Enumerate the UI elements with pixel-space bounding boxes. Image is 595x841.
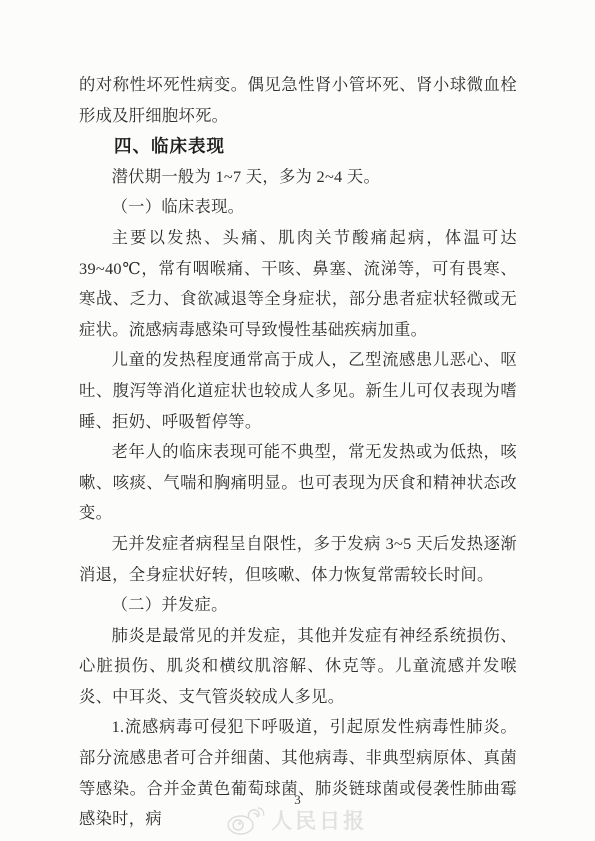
section-heading: 四、临床表现	[79, 131, 517, 162]
paragraph: 1.流感病毒可侵犯下呼吸道，引起原发性病毒性肺炎。部分流感患者可合并细菌、其他病…	[79, 712, 517, 834]
paragraph: 无并发症者病程呈自限性，多于发病 3~5 天后发热逐渐消退，全身症状好转，但咳嗽…	[79, 529, 517, 590]
document-body: 的对称性坏死性病变。偶见急性肾小管坏死、肾小球微血栓形成及肝细胞坏死。四、临床表…	[79, 70, 517, 835]
paragraph: 肺炎是最常见的并发症，其他并发症有神经系统损伤、心脏损伤、肌炎和横纹肌溶解、休克…	[79, 621, 517, 713]
paragraph: （一）临床表现。	[79, 192, 517, 223]
paragraph: 潜伏期一般为 1~7 天，多为 2~4 天。	[79, 162, 517, 193]
paragraph: 老年人的临床表现可能不典型，常无发热或为低热，咳嗽、咳痰、气喘和胸痛明显。也可表…	[79, 437, 517, 529]
document-page: 的对称性坏死性病变。偶见急性肾小管坏死、肾小球微血栓形成及肝细胞坏死。四、临床表…	[0, 0, 595, 841]
paragraph: 主要以发热、头痛、肌肉关节酸痛起病，体温可达 39~40℃，常有咽喉痛、干咳、鼻…	[79, 223, 517, 345]
page-number: 3	[0, 792, 595, 808]
paragraph: 儿童的发热程度通常高于成人，乙型流感患儿恶心、呕吐、腹泻等消化道症状也较成人多见…	[79, 345, 517, 437]
paragraph: 的对称性坏死性病变。偶见急性肾小管坏死、肾小球微血栓形成及肝细胞坏死。	[79, 70, 517, 131]
paragraph: （二）并发症。	[79, 590, 517, 621]
